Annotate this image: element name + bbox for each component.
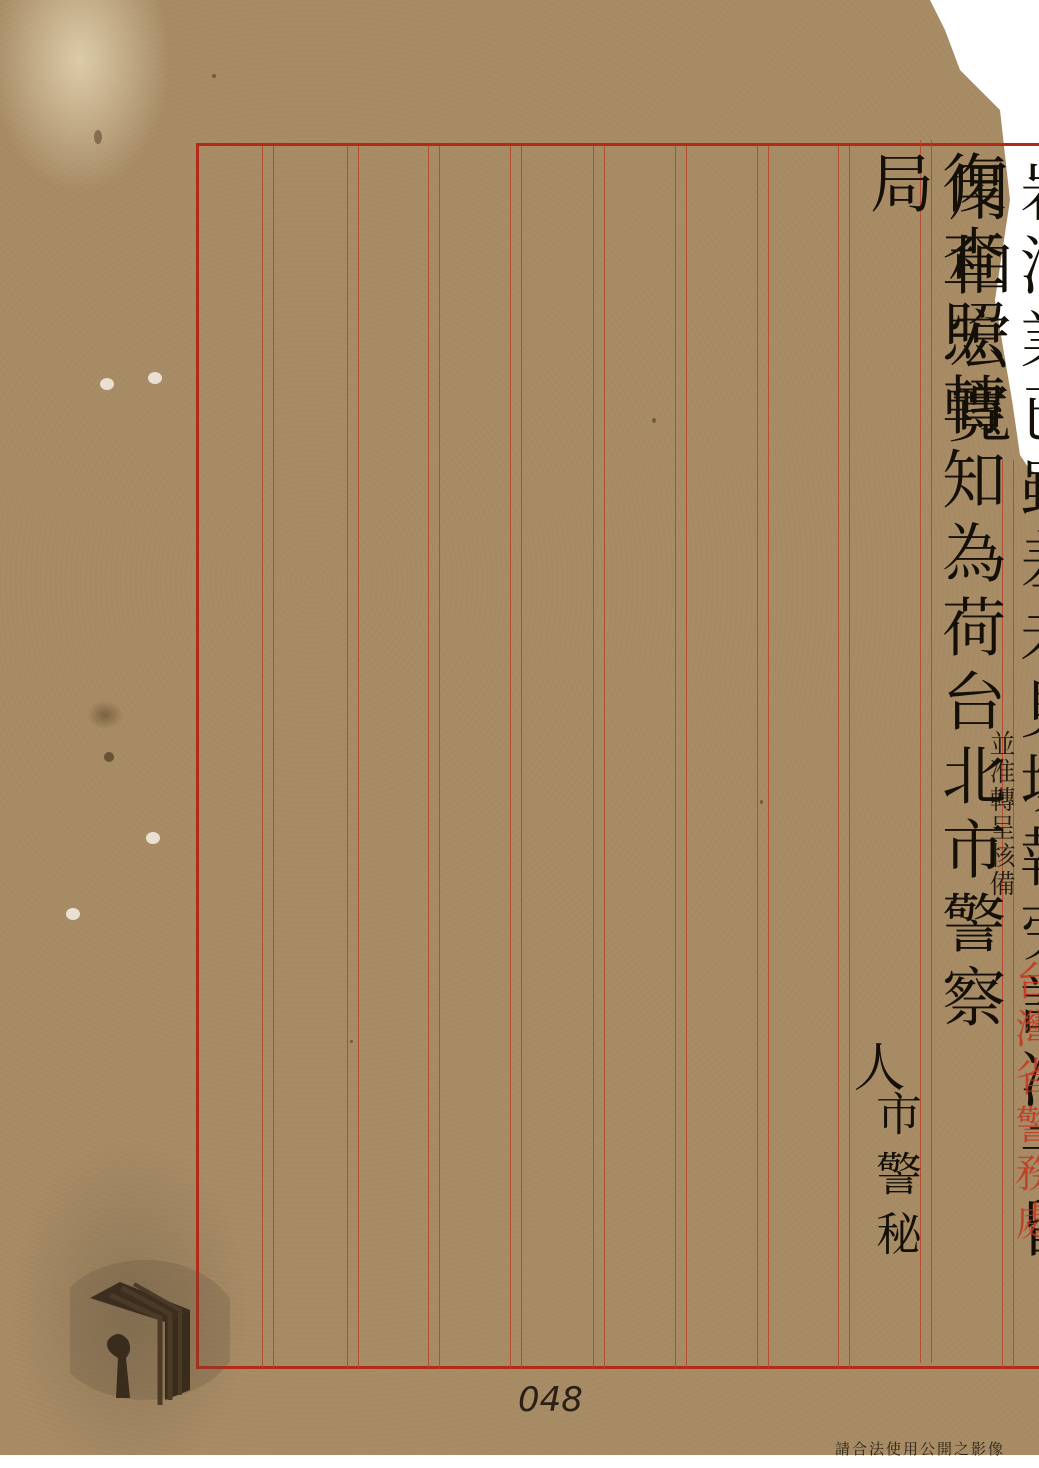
handwritten-signature: 市警秘 (860, 1090, 932, 1270)
red-official-stamp: 台灣省警務處 (1004, 960, 1039, 1248)
paper-speck (212, 74, 216, 78)
paper-speck (104, 752, 114, 762)
paper-stain (94, 130, 102, 144)
punch-hole (100, 378, 114, 390)
rule-line (675, 146, 676, 1369)
rule-line (757, 146, 758, 1369)
usage-watermark: 請合法使用公開之影像 (835, 1438, 1005, 1459)
rule-line (521, 146, 522, 1369)
rule-line (358, 146, 359, 1369)
rule-line (593, 146, 594, 1369)
rule-line (768, 146, 769, 1369)
page-number: 048 (518, 1380, 583, 1420)
rule-line (686, 146, 687, 1369)
punch-hole (148, 372, 162, 384)
rule-line (849, 146, 850, 1369)
rule-line (439, 146, 440, 1369)
rule-line (428, 146, 429, 1369)
handwritten-column-2: 復查照轉知為荷台北市警察局 (860, 150, 1004, 1110)
punch-hole (146, 832, 160, 844)
rule-line (604, 146, 605, 1369)
rule-line (838, 146, 839, 1369)
punch-hole (66, 908, 80, 920)
rule-line (262, 146, 263, 1369)
archive-book-logo-icon (70, 1240, 230, 1420)
rule-line (510, 146, 511, 1369)
rule-line (273, 146, 274, 1369)
rule-line (347, 146, 348, 1369)
